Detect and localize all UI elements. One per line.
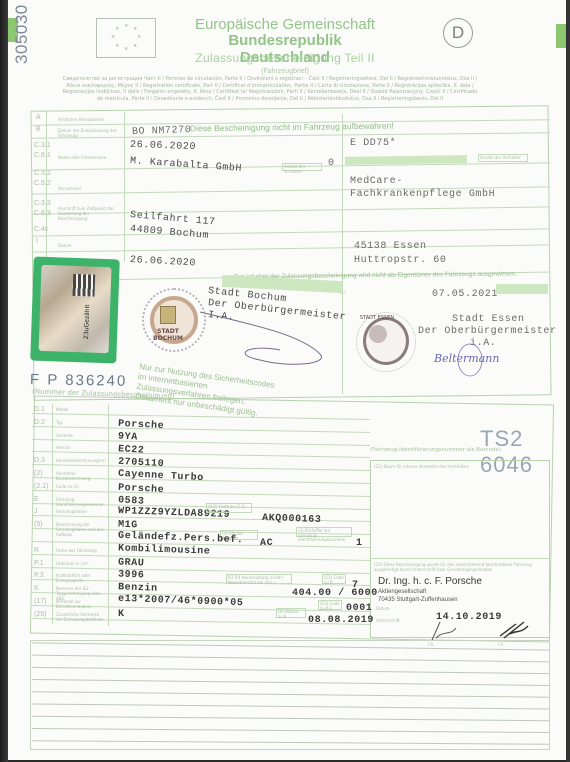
vehicle-field-code: D.2 — [34, 419, 45, 426]
vehicle-check-code: AKQ000163 — [262, 513, 322, 526]
stamp-essen: STADT ESSEN — [356, 312, 416, 372]
security-hologram: Z3uGezählt — [30, 257, 120, 364]
vehicle-type: 9YA — [118, 431, 138, 443]
qr-code-icon — [72, 274, 95, 297]
vehicle-field-label: Variante — [56, 433, 106, 438]
field-code-c61: C.6.1 — [34, 152, 51, 159]
authority-2-line1: Stadt Essen — [452, 314, 525, 325]
owner-name-2-line1: MedCare- — [350, 176, 403, 187]
vehicle-field-label: Bezeichnung der Fahrzeugklasse und des A… — [56, 522, 106, 537]
vehicle-field-label: Handelsbezeichnung(en) — [56, 458, 106, 463]
field-code-c62: C.6.2 — [34, 180, 51, 187]
check-digit-label: (2.2) Code zu (2.1) Prüfziffer — [206, 503, 252, 513]
manufacturer-disclaimer: (23) Diese Bescheinigung wurde für das n… — [374, 562, 544, 572]
vehicle-field-label: Kraftstoffart oder Energiequelle — [56, 573, 106, 583]
vehicle-field-code: D.1 — [34, 406, 45, 413]
date-label-2: (1) — [340, 290, 346, 295]
scanner-edge-right — [566, 0, 570, 762]
vehicle-field-label: Fahrzeugklasse — [56, 509, 106, 514]
num-holders-value: 0 — [328, 158, 335, 169]
vehicle-power: 404.00 / 6000 — [292, 588, 378, 599]
vehicle-make: Porsche — [118, 419, 165, 432]
vehicle-field-code: J — [34, 508, 38, 515]
crest-icon — [160, 306, 176, 324]
vehicle-field-label: Hersteller-Kurzbezeichnung — [56, 471, 106, 481]
field-code-b: B — [36, 126, 41, 133]
vehicle-field-code: E — [34, 496, 39, 503]
country-code-badge: D — [443, 18, 473, 48]
crest-icon-essen — [369, 325, 387, 343]
vehicle-remark: K — [118, 609, 125, 620]
label-address: Anschrift zum Zeitpunkt der Ausstellung … — [58, 206, 118, 221]
svg-text:Beltermann: Beltermann — [433, 352, 499, 365]
green-bar-3 — [496, 284, 548, 294]
scanner-edge — [0, 0, 8, 762]
vehicle-manufacturer-short: Porsche — [118, 483, 165, 496]
vehicle-field-label: Version — [56, 445, 106, 450]
manufacturer-notes-label: (22) Raum für interne Vermerke des Herst… — [374, 464, 469, 469]
eu-flag-icon: ★★★ ★★★ ★★ — [96, 18, 156, 58]
header-line-4: (Fahrzeugbrief) — [190, 68, 380, 75]
plate-1: BO NM7270 — [132, 125, 192, 138]
axles-label: (3) Prüfziffer zur Fahrzeug-Identifizier… — [296, 527, 352, 537]
num-holders-label: Anzahl der Vorhalter — [282, 163, 322, 171]
vehicle-field-code: (17) — [34, 598, 46, 605]
vehicle-field-code: (2.1) — [34, 483, 48, 490]
code-10-label: (10) Code zu P.3 — [318, 600, 342, 610]
num-holders-label-right: Anzahl der Vorhalter — [478, 154, 528, 162]
field-code-c63: C.6.3 — [34, 210, 51, 217]
vehicle-field-label: Marke — [56, 407, 106, 412]
vehicle-field-code: (25) — [34, 611, 46, 618]
field-code-c31: C.3.1 — [34, 142, 51, 149]
field-code-c33: C.3.3 — [34, 200, 51, 207]
vehicle-field-label: Code zu (2) — [56, 484, 106, 489]
label-date: Datum — [58, 243, 118, 248]
vehicle-field-label: Hubraum in cm³ — [56, 561, 106, 566]
vehicle-field-label: Farbe des Fahrzeugs — [56, 548, 106, 553]
vehicle-field-label: Typ — [56, 420, 106, 425]
vehicle-field-code: (2) — [34, 470, 43, 477]
vehicle-field-code: R — [34, 547, 39, 554]
manufacturer-signature-label: Unterschrift — [376, 618, 400, 623]
field-code-c4c: C.4c — [34, 226, 48, 233]
first-registration-date: 26.06.2020 — [130, 140, 196, 153]
date-2: 07.05.2021 — [432, 289, 498, 300]
multilingual-title: Свидетелство за регистрация Част II / Pe… — [60, 76, 480, 102]
vehicle-field-code: K — [34, 585, 39, 592]
manufacturer-name: Dr. Ing. h. c. F. Porsche — [378, 576, 482, 587]
plate-2: E DD75* — [350, 138, 396, 149]
label-first-reg: Datum der Erstzulassung des Fahrzeugs — [58, 128, 118, 138]
header-line-1: Europäische Gemeinschaft — [190, 16, 380, 33]
vehicle-class: M1G — [118, 520, 138, 532]
label-firstname: Vorname(n) — [58, 186, 118, 191]
power-label: P.2 P.4 Nennleistung in kW / Nenndrehzah… — [226, 574, 292, 584]
vehicle-date-k: 08.08.2019 — [308, 615, 374, 626]
green-bar — [345, 155, 467, 165]
signature-essen: Beltermann — [430, 340, 500, 380]
vehicle-field-code: P.3 — [34, 572, 44, 579]
header-line-3: Zulassungsbescheinigung Teil II — [190, 51, 380, 65]
vehicle-axles: 1 — [356, 538, 363, 549]
address-city-2: 45138 Essen — [354, 241, 427, 252]
signature-bochum — [190, 304, 340, 374]
manufacturer-block: Dr. Ing. h. c. F. Porsche Aktiengesellsc… — [378, 576, 482, 603]
ruled-frame — [30, 640, 550, 750]
vehicle-code-10: 0001 — [346, 603, 372, 614]
field-code-i: I — [36, 238, 38, 245]
field-code-c32: C.3.2 — [34, 170, 51, 177]
vehicle-field-code: P.1 — [34, 560, 44, 567]
address-street-2: Huttropstr. 60 — [354, 255, 446, 266]
owner-name-2-line2: Fachkrankenpflege GmbH — [350, 189, 495, 200]
authority-2-line2: Der Oberbürgermeister — [418, 326, 557, 337]
vehicle-variant: EC22 — [118, 444, 145, 456]
vehicle-displacement: 3996 — [118, 570, 145, 582]
vehicle-field-label: Fahrzeug-Identifizierungsnummer — [56, 497, 106, 507]
manufacturer-date-label: Datum — [376, 606, 390, 611]
serial-number: 305030 — [12, 4, 32, 64]
vehicle-field-label: Merkmal zur Betriebserlaubnis — [56, 599, 106, 609]
manufacturer-company-type: Aktiengesellschaft — [378, 589, 482, 595]
field-code-a: A — [36, 114, 41, 121]
vehicle-fuel: Benzin — [118, 582, 158, 594]
tab-marker-right — [556, 24, 566, 48]
vehicle-field-label: Zusatzliche Vermerke der Zulassungsbehör… — [56, 612, 106, 622]
vehicle-field-code: (5) — [34, 521, 43, 528]
vehicle-color: GRAU — [118, 558, 145, 570]
label-name: Name oder Firmenname — [58, 155, 118, 160]
label-plate: Amtliches Kennzeichen — [58, 117, 118, 122]
vehicle-field-code: D.3 — [34, 457, 45, 464]
date-k-label: (6) Datum zu K — [276, 608, 306, 618]
manufacturer-address: 70435 Stuttgart-Zuffenhausen — [378, 597, 482, 603]
vehicle-body-code: AC — [260, 538, 273, 549]
seats-label: (11) Code zu R — [322, 574, 346, 584]
